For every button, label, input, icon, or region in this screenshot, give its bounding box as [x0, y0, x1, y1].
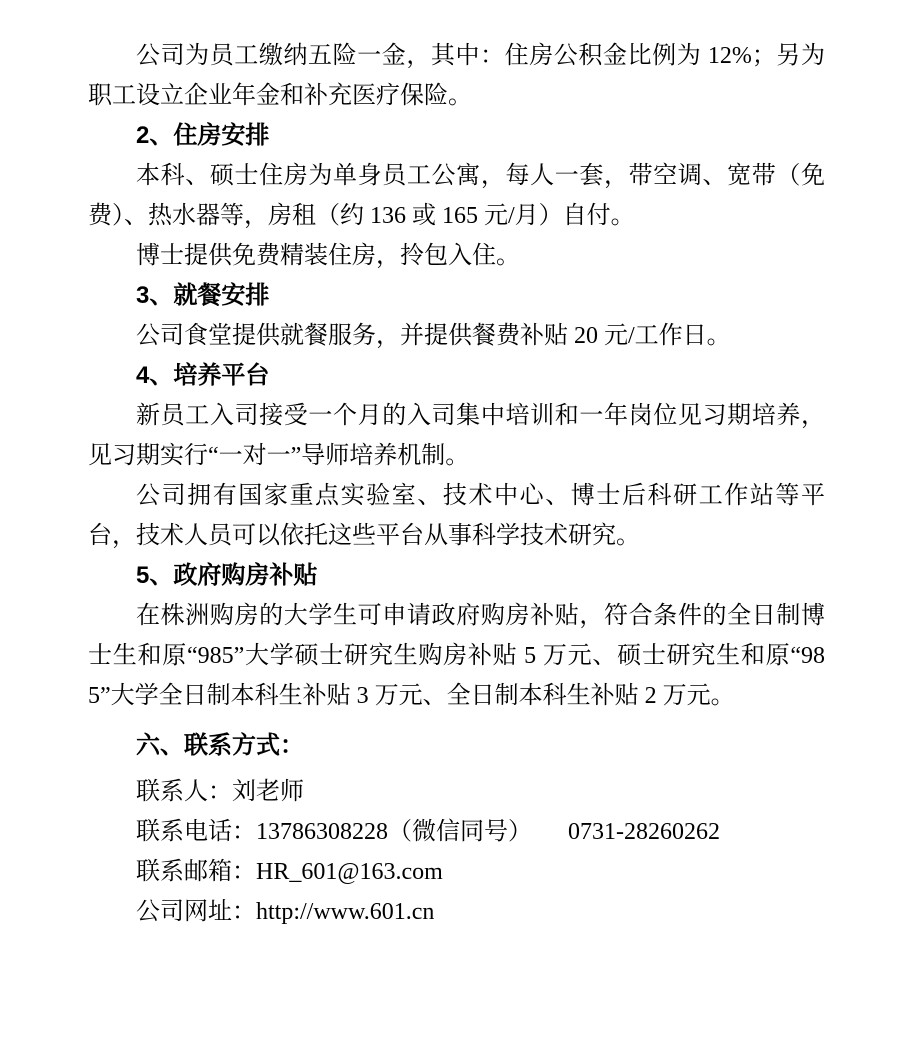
paragraph-phd-housing: 博士提供免费精装住房，拎包入住。 — [88, 236, 825, 276]
paragraph-contact-person: 联系人：刘老师 — [88, 772, 825, 812]
heading-government-housing-subsidy: 5、政府购房补贴 — [88, 556, 825, 596]
document-page: 公司为员工缴纳五险一金，其中：住房公积金比例为 12%；另为职工设立企业年金和补… — [0, 0, 911, 1044]
paragraph-new-employee-training: 新员工入司接受一个月的入司集中培训和一年岗位见习期培养，见习期实行“一对一”导师… — [88, 396, 825, 476]
paragraph-social-insurance: 公司为员工缴纳五险一金，其中：住房公积金比例为 12%；另为职工设立企业年金和补… — [88, 36, 825, 116]
heading-housing-arrangement: 2、住房安排 — [88, 116, 825, 156]
paragraph-canteen-subsidy: 公司食堂提供就餐服务，并提供餐费补贴 20 元/工作日。 — [88, 316, 825, 356]
document-text-area: 公司为员工缴纳五险一金，其中：住房公积金比例为 12%；另为职工设立企业年金和补… — [88, 36, 825, 932]
paragraph-research-platforms: 公司拥有国家重点实验室、技术中心、博士后科研工作站等平台，技术人员可以依托这些平… — [88, 476, 825, 556]
paragraph-contact-phone: 联系电话：13786308228（微信同号） 0731-28260262 — [88, 812, 825, 852]
paragraph-company-website: 公司网址：http://www.601.cn — [88, 892, 825, 932]
paragraph-contact-email: 联系邮箱：HR_601@163.com — [88, 852, 825, 892]
heading-contact-info: 六、联系方式： — [88, 726, 825, 766]
heading-dining-arrangement: 3、就餐安排 — [88, 276, 825, 316]
paragraph-housing-subsidy-details: 在株洲购房的大学生可申请政府购房补贴，符合条件的全日制博士生和原“985”大学硕… — [88, 596, 825, 716]
heading-training-platform: 4、培养平台 — [88, 356, 825, 396]
paragraph-housing-apartment: 本科、硕士住房为单身员工公寓，每人一套，带空调、宽带（免费）、热水器等，房租（约… — [88, 156, 825, 236]
